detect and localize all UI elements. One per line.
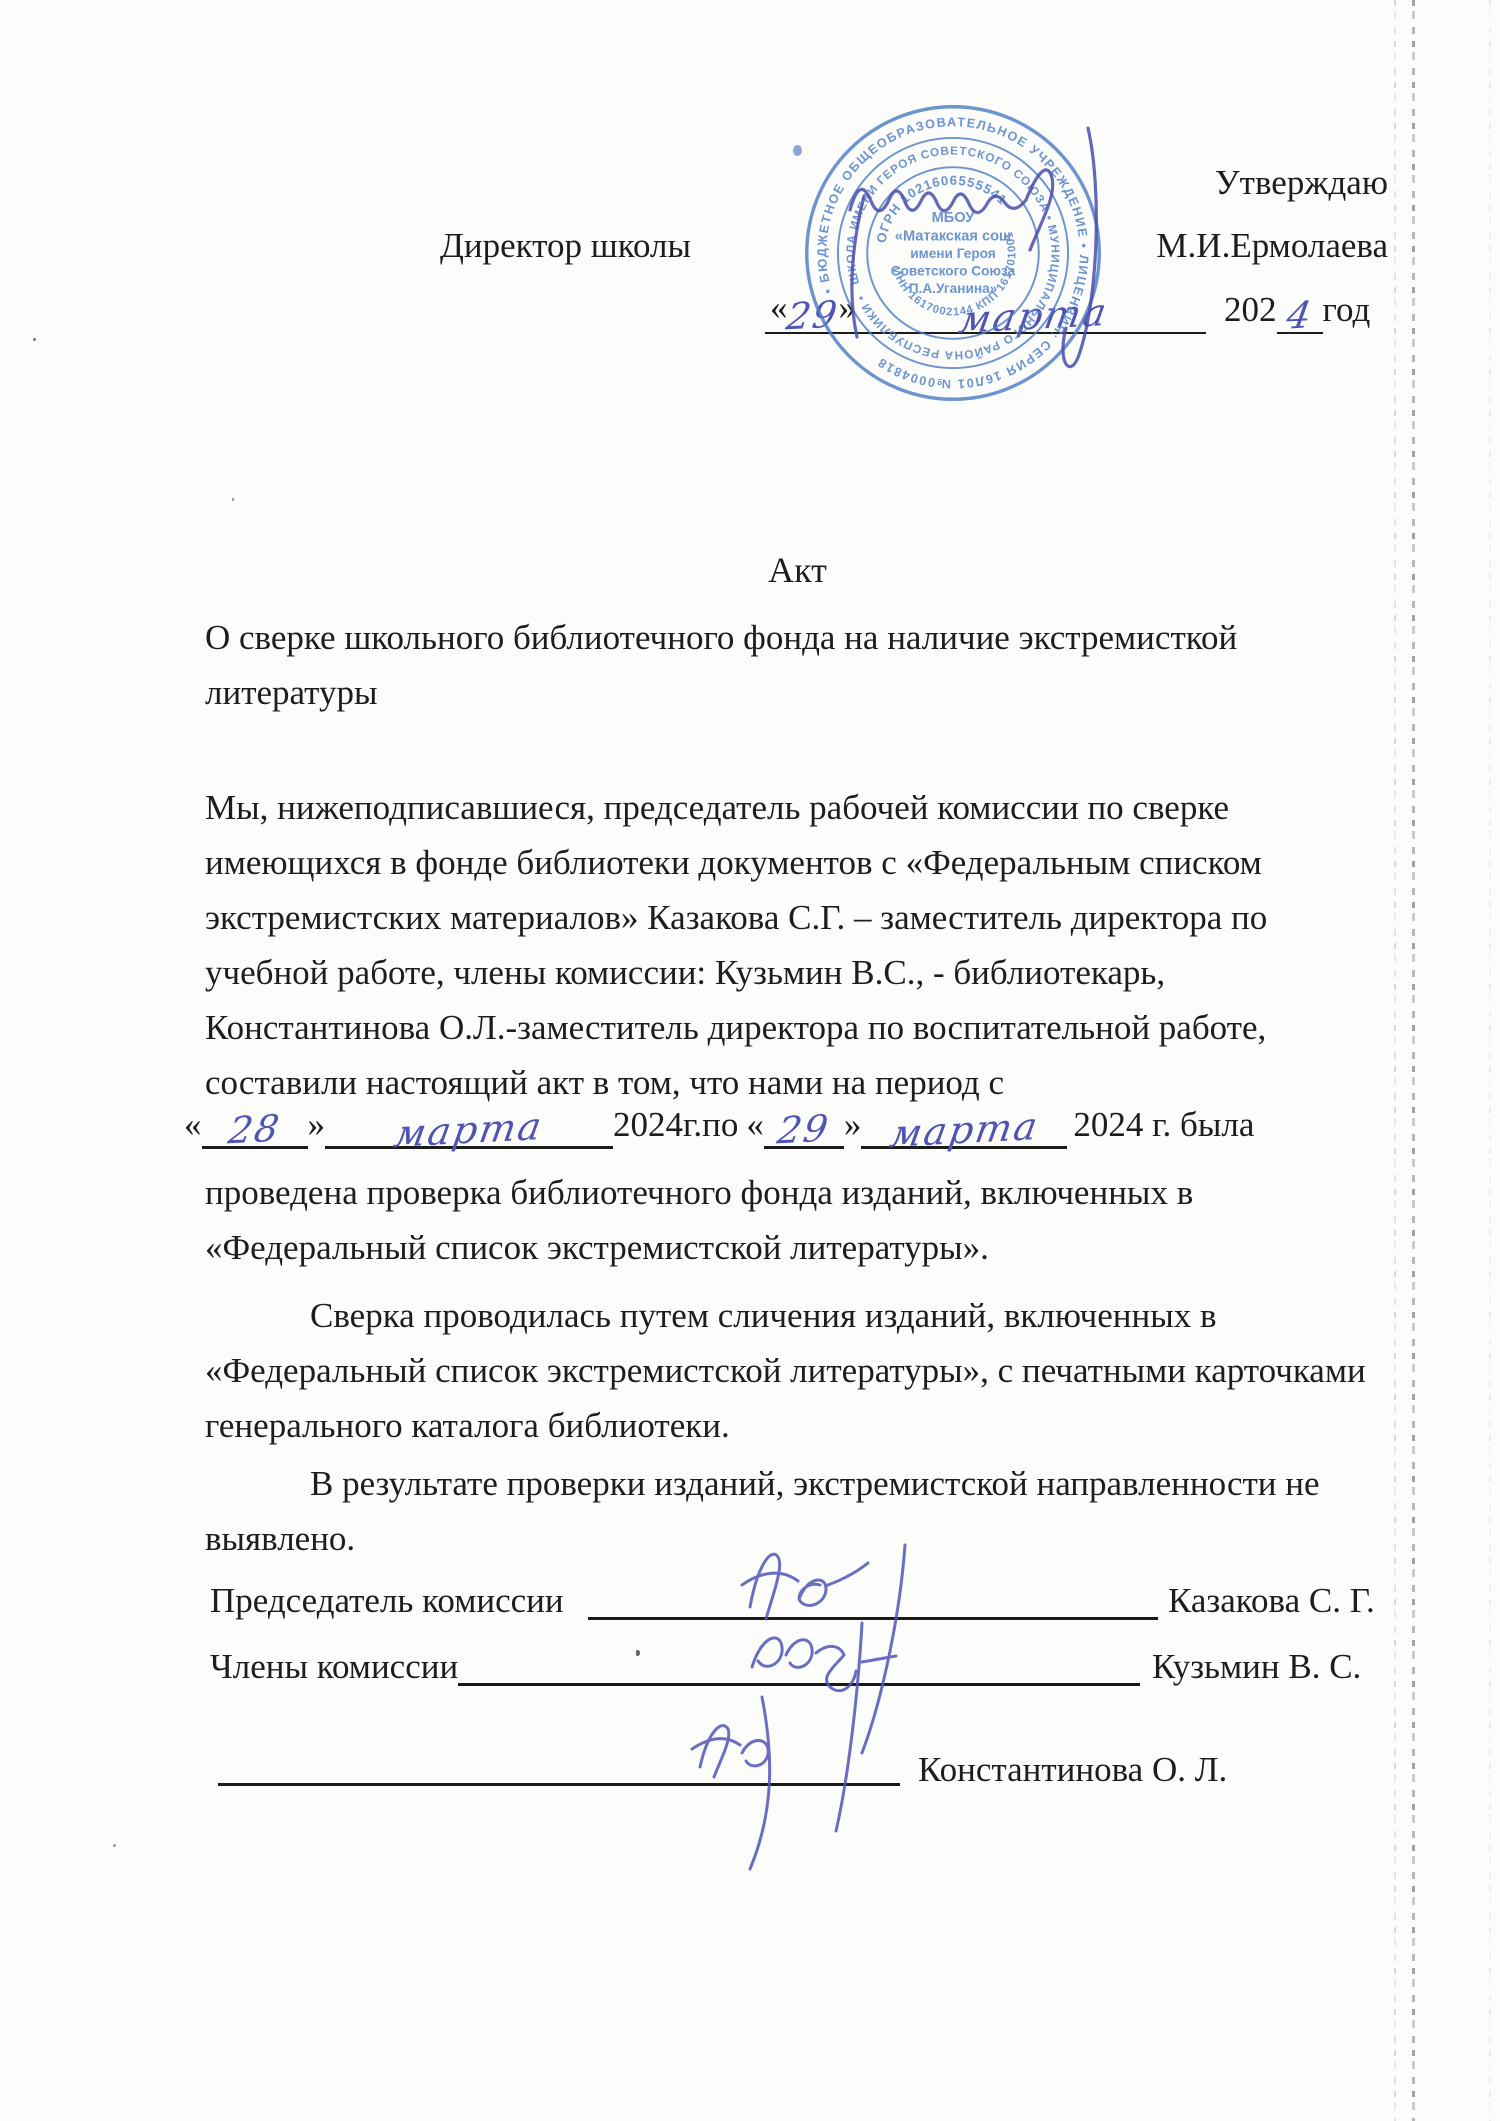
year-prefix: 202 bbox=[1224, 288, 1277, 334]
period-tail-text: 2024 г. была bbox=[1073, 1103, 1254, 1149]
signature2-line bbox=[458, 1641, 1140, 1686]
signature1-line bbox=[588, 1575, 1158, 1620]
para1-line5: Константинова О.Л.-заместитель директора… bbox=[205, 1000, 1266, 1055]
scan-edge-line-outer bbox=[1489, 0, 1491, 2121]
period-date-line: « 28 » марта 2024г.по « 29 » марта 2024 … bbox=[184, 1096, 1254, 1149]
para1-line2: имеющихся в фонде библиотеки документов … bbox=[205, 835, 1262, 890]
para3-line1: В результате проверки изданий, экстремис… bbox=[205, 1456, 1320, 1511]
dust-speck bbox=[113, 1844, 116, 1847]
stamp-center-line4: Советского Союза bbox=[891, 263, 1016, 278]
approval-year-blank: 4 bbox=[1277, 282, 1323, 334]
para1-line1: Мы, нижеподписавшиеся, председатель рабо… bbox=[205, 780, 1229, 835]
director-label: Директор школы bbox=[440, 218, 691, 273]
stamp-center-line5: П.А.Уганина» bbox=[909, 281, 998, 296]
open-quote: « bbox=[184, 1103, 202, 1149]
stamp-center-line2: «Матакская сош bbox=[895, 228, 1011, 244]
year-word: год bbox=[1323, 288, 1371, 334]
para2-line1: Сверка проводилась путем сличения издани… bbox=[205, 1288, 1217, 1343]
handwritten-month1: марта bbox=[391, 1104, 547, 1156]
para2-line2: «Федеральный список экстремистской литер… bbox=[205, 1343, 1366, 1398]
stamp-center-line1: МБОУ bbox=[932, 210, 976, 226]
signature1-name: Казакова С. Г. bbox=[1168, 1581, 1375, 1621]
period-month1-blank: марта bbox=[325, 1096, 613, 1149]
school-stamp-svg: • БЮДЖЕТНОЕ ОБЩЕОБРАЗОВАТЕЛЬНОЕ УЧРЕЖДЕН… bbox=[797, 97, 1109, 409]
para1-line8: проведена проверка библиотечного фонда и… bbox=[205, 1165, 1193, 1220]
handwritten-month2: марта bbox=[887, 1104, 1043, 1156]
period-mid-text: 2024г.по bbox=[613, 1103, 738, 1149]
para1-line9: «Федеральный список экстремистской литер… bbox=[205, 1220, 989, 1275]
approver-name: М.И.Ермолаева bbox=[1156, 218, 1388, 273]
dust-speck bbox=[232, 498, 234, 501]
para2-line3: генерального каталога библиотеки. bbox=[205, 1398, 730, 1453]
school-stamp: • БЮДЖЕТНОЕ ОБЩЕОБРАЗОВАТЕЛЬНОЕ УЧРЕЖДЕН… bbox=[797, 97, 1109, 409]
handwritten-day1: 28 bbox=[225, 1107, 284, 1154]
signature3-line bbox=[218, 1741, 900, 1786]
open-quote: « bbox=[746, 1103, 764, 1149]
signature2-label: Члены комиссии bbox=[210, 1647, 458, 1687]
para3-line2: выявлено. bbox=[205, 1511, 355, 1566]
signature2-name: Кузьмин В. С. bbox=[1152, 1647, 1361, 1687]
scanned-document-page: Директор школы Утверждаю М.И.Ермолаева «… bbox=[0, 0, 1500, 2121]
dust-speck bbox=[33, 338, 36, 341]
para1-line3: экстремистских материалов» Казакова С.Г.… bbox=[205, 890, 1267, 945]
para1-line4: учебной работе, члены комиссии: Кузьмин … bbox=[205, 945, 1165, 1000]
period-month2-blank: марта bbox=[861, 1096, 1067, 1149]
period-day2-blank: 29 bbox=[764, 1096, 844, 1149]
document-subtitle-line1: О сверке школьного библиотечного фонда н… bbox=[205, 610, 1237, 665]
document-subtitle-line2: литературы bbox=[205, 665, 378, 720]
signature3-name: Константинова О. Л. bbox=[918, 1750, 1227, 1790]
approve-label: Утверждаю bbox=[1215, 155, 1388, 210]
document-title: Акт bbox=[205, 543, 1390, 598]
stamp-center-line3: имени Героя bbox=[910, 246, 996, 261]
handwritten-year-digit: 4 bbox=[1283, 293, 1316, 338]
close-quote: » bbox=[308, 1103, 326, 1149]
scan-edge-line-faint bbox=[1394, 0, 1396, 2121]
close-quote: » bbox=[844, 1103, 862, 1149]
handwritten-day2: 29 bbox=[775, 1107, 834, 1154]
period-day1-blank: 28 bbox=[202, 1096, 308, 1149]
signature1-label: Председатель комиссии bbox=[210, 1581, 564, 1621]
scan-edge-line bbox=[1412, 0, 1415, 2121]
